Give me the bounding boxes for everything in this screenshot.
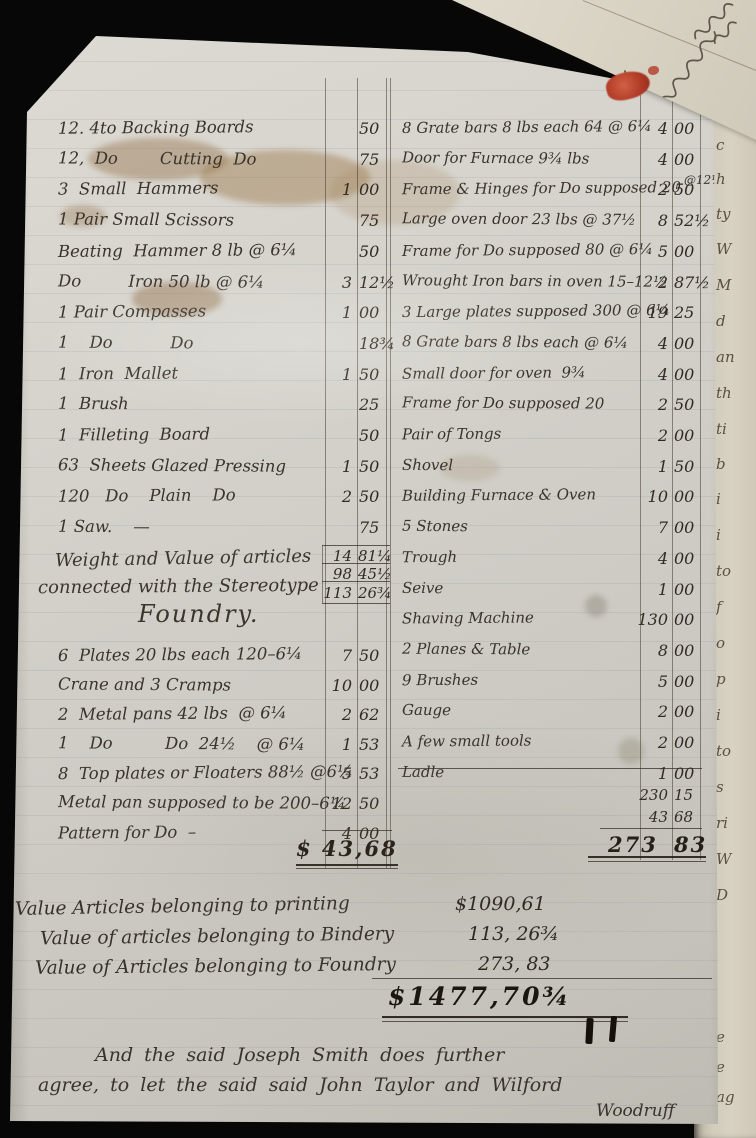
amount-cents: 52½ [674, 211, 710, 230]
amount-cents: 00 [674, 702, 694, 721]
amount-cents: 00 [674, 733, 694, 752]
amount-dollars: 4 [626, 150, 668, 169]
next-page-text-fragment: h [716, 170, 726, 188]
next-page-text-fragment: th [716, 384, 732, 402]
amount-dollars: 4 [626, 365, 668, 384]
amount-cents: 00 [674, 487, 694, 506]
next-page-text-fragment: b [716, 455, 726, 473]
inventory-row: 9 Brushes500 [0, 671, 756, 701]
item-description: Small door for oven 9¾ [402, 363, 586, 382]
amount-dollars: 4 [626, 334, 668, 353]
summary-label: Value of Articles belonging to Foundry [35, 954, 396, 979]
inventory-row: 8 Grate bars 8 lbs each 64 @ 6¼400 [0, 118, 756, 148]
item-description: 8 Grate bars 8 lbs each 64 @ 6¼ [402, 117, 652, 137]
ink-blot [585, 1018, 593, 1044]
amount-dollars: 1 [626, 764, 668, 783]
amount-dollars: 2 [626, 426, 668, 445]
summary-label: Value of articles belonging to Bindery [40, 924, 394, 950]
amount-dollars: 2 [626, 273, 668, 292]
totals-rule [600, 828, 702, 829]
item-description: 8 Grate bars 8 lbs each @ 6¼ [402, 332, 628, 351]
totals-underline [588, 861, 706, 862]
page-number: 4 [60, 44, 73, 68]
amount-dollars: 4 [626, 549, 668, 568]
next-page-text-fragment: an [716, 348, 735, 366]
next-page-text-fragment: o [716, 634, 725, 652]
total-underline [296, 868, 398, 869]
inventory-row: Door for Furnace 9¾ lbs400 [0, 149, 756, 179]
amount-dollars: 2 [626, 180, 668, 199]
amount-dollars: 5 [626, 672, 668, 691]
amount-dollars: 8 [626, 641, 668, 660]
next-page-text-fragment: ty [716, 205, 731, 223]
item-description: Large oven door 23 lbs @ 37½ [402, 209, 636, 228]
item-description: Building Furnace & Oven [402, 486, 596, 506]
next-page-text-fragment: p [716, 670, 726, 688]
amount-cents: 50 [674, 180, 694, 199]
item-description: 2 Planes & Table [402, 639, 530, 658]
item-description: A few small tools [402, 731, 532, 750]
closing-line: And the said Joseph Smith does further [95, 1044, 504, 1066]
inventory-row: Small door for oven 9¾400 [0, 364, 756, 394]
amount-dollars: 1 [626, 457, 668, 476]
next-page-text-fragment: W [716, 850, 731, 868]
summary-amount: 273, 83 [478, 953, 551, 975]
manuscript-page: 4 12. 4to Backing Boards5012, Do Cutting… [0, 0, 756, 1138]
right-grand-dollars: 273 [608, 832, 658, 857]
closing-line: agree, to let the said said John Taylor … [38, 1074, 562, 1096]
amount-dollars: 2 [626, 702, 668, 721]
next-page-text-fragment: ag [716, 1088, 735, 1106]
amount-cents: 00 [674, 518, 694, 537]
item-description: Frame for Do supposed 20 [402, 394, 604, 413]
amount-dollars: 130 [626, 610, 668, 629]
amount-dollars: 4 [626, 119, 668, 138]
item-description: Door for Furnace 9¾ lbs [402, 148, 589, 167]
amount-cents: 00 [674, 119, 694, 138]
right-grand-cents: 83 [674, 832, 707, 857]
inventory-row: 5 Stones700 [0, 517, 756, 547]
item-description: Ladle [402, 763, 444, 781]
inventory-row: Wrought Iron bars in oven 15–12½287½ [0, 272, 756, 302]
item-description: Shaving Machine [402, 609, 534, 628]
next-page-text-fragment: D [716, 886, 728, 904]
item-description: Shovel [402, 456, 453, 474]
inventory-row: 3 Large plates supposed 300 @ 6¼1925 [0, 302, 756, 332]
amount-cents: 00 [674, 580, 694, 599]
amount-dollars: 8 [626, 211, 668, 230]
next-page-text-fragment: i [716, 526, 721, 544]
amount-dollars: 1 [626, 580, 668, 599]
inventory-row: Shaving Machine13000 [0, 609, 756, 639]
item-description: 9 Brushes [402, 670, 478, 689]
next-page-text-fragment: ri [716, 814, 728, 832]
amount-cents: 00 [674, 672, 694, 691]
item-description: Pair of Tongs [402, 425, 501, 444]
inventory-row: Shovel150 [0, 456, 756, 486]
amount-cents: 50 [674, 457, 694, 476]
inventory-row: Gauge200 [0, 701, 756, 731]
inventory-row: Frame for Do supposed 20250 [0, 394, 756, 424]
amount-cents: 00 [674, 365, 694, 384]
amount-dollars: 2 [626, 395, 668, 414]
inventory-row: Frame & Hinges for Do supposed 20@12½250 [0, 179, 756, 209]
item-description: Gauge [402, 701, 451, 719]
amount-cents: 25 [674, 303, 694, 322]
photographed-manuscript-scene: chtyWMdanthtibiitofopitosriWDeeag 4 12. … [0, 0, 756, 1138]
amount-cents: 00 [674, 764, 694, 783]
amount-cents: 00 [674, 242, 694, 261]
amount-cents: 00 [674, 150, 694, 169]
inventory-row: A few small tools200 [0, 732, 756, 762]
inventory-row: Trough400 [0, 548, 756, 578]
summary-label: Value Articles belonging to printing [15, 893, 350, 920]
item-description: Seive [402, 578, 443, 596]
inventory-row: Large oven door 23 lbs @ 37½852½ [0, 210, 756, 240]
next-page-text-fragment: s [716, 778, 724, 796]
next-page-text-fragment: ti [716, 420, 727, 438]
amount-cents: 00 [674, 334, 694, 353]
next-page-text-fragment: W [716, 240, 731, 258]
items-end-rule [398, 768, 702, 769]
amount-dollars: 5 [626, 242, 668, 261]
signature-woodruff: Woodruff [596, 1101, 675, 1121]
amount-cents: 00 [674, 641, 694, 660]
inventory-row: Frame for Do supposed 80 @ 6¼500 [0, 241, 756, 271]
foundry-total: $ 43,68 [296, 836, 398, 861]
item-description: 5 Stones [402, 517, 468, 535]
amount-dollars: 19 [626, 303, 668, 322]
amount-dollars: 43 [608, 808, 668, 826]
amount-dollars: 7 [626, 518, 668, 537]
amount-cents: 50 [674, 395, 694, 414]
inventory-row: 8 Grate bars 8 lbs each @ 6¼400 [0, 333, 756, 363]
amount-cents: 68 [674, 808, 693, 826]
item-description: Trough [402, 548, 457, 566]
item-description: Frame for Do supposed 80 @ 6¼ [402, 240, 653, 260]
totals-underline [588, 856, 706, 858]
ink-blot [609, 1016, 617, 1042]
amount-cents: 00 [674, 549, 694, 568]
amount-dollars: 2 [626, 733, 668, 752]
next-page-text-fragment: M [716, 276, 731, 294]
amount-cents: 87½ [674, 273, 710, 292]
summary-rule [372, 978, 712, 979]
inventory-row: Pair of Tongs200 [0, 425, 756, 455]
inventory-row: 2 Planes & Table800 [0, 640, 756, 670]
amount-dollars: 230 [608, 786, 668, 804]
next-page-text-fragment: to [716, 562, 731, 580]
next-page-text-fragment: i [716, 490, 721, 508]
next-page-text-fragment: f [716, 598, 722, 616]
summary-amount: $1090,61 [455, 893, 546, 915]
next-page-text-fragment: c [716, 136, 724, 154]
total-underline [296, 864, 398, 866]
amount-cents: 00 [674, 610, 694, 629]
amount-dollars: 10 [626, 487, 668, 506]
summary-amount: 113, 26¾ [468, 923, 559, 945]
next-page-text-fragment: i [716, 706, 721, 724]
inventory-row: Building Furnace & Oven1000 [0, 486, 756, 516]
amount-cents: 15 [674, 786, 693, 804]
grand-total: $1477,70¾ [388, 982, 572, 1011]
next-page-text-fragment: to [716, 742, 731, 760]
amount-cents: 00 [674, 426, 694, 445]
next-page-text-fragment: d [716, 312, 726, 330]
inventory-row: Seive100 [0, 579, 756, 609]
